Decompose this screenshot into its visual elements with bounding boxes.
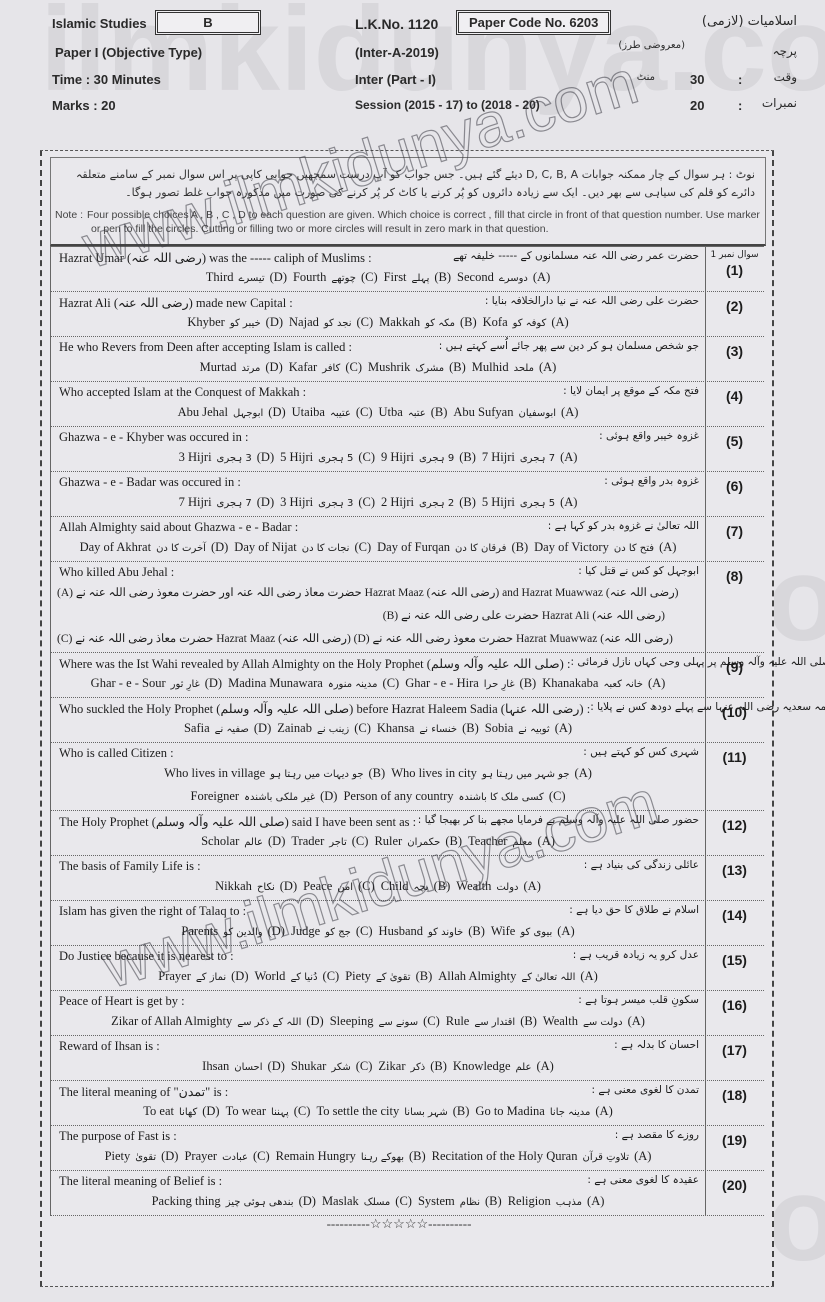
- question-number-label: (9): [705, 659, 764, 675]
- option-text-urdu: 3 ہجری: [318, 498, 353, 509]
- option[interactable]: Go to Madinaمدینہ جانا(A): [475, 1104, 612, 1119]
- option[interactable]: Who lives in villageجو دیہات میں رہتا ہو…: [164, 766, 385, 781]
- option[interactable]: Khanakabaخانہ کعبہ(A): [542, 676, 665, 691]
- option[interactable]: 5 Hijri5 ہجری(A): [482, 495, 578, 510]
- option-letter: (B): [434, 879, 451, 893]
- option-letter: (B): [468, 924, 485, 938]
- question-row: The literal meaning of Belief is :عقیدہ …: [50, 1171, 764, 1216]
- question-body: Allah Almighty said about Ghazwa - e - B…: [51, 517, 706, 561]
- option-text-urdu: ثوبیہ نے: [518, 724, 549, 735]
- option-text-english: Judge: [291, 924, 320, 938]
- question-row: Islam has given the right of Talaq to :ا…: [50, 901, 764, 946]
- option-text-english: Sleeping: [330, 1014, 374, 1028]
- option-text-english: 5 Hijri: [280, 450, 313, 464]
- question-text-english: The Holy Prophet (صلی اللہ علیہ وآلہ وسل…: [59, 814, 416, 832]
- option-text-english: Ghar - e - Hira: [405, 676, 479, 690]
- question-text-urdu: حضرت عمر رضی اللہ عنہ مسلمانوں کے ----- …: [453, 250, 699, 268]
- option-text-english: To wear: [226, 1104, 266, 1118]
- option-text-urdu: کسی ملک کا باشندہ: [459, 792, 544, 803]
- option-text-urdu: ذکر: [410, 1062, 425, 1073]
- question-line: Allah Almighty said about Ghazwa - e - B…: [51, 517, 705, 538]
- question-body: Who suckled the Holy Prophet (صلی اللہ ع…: [51, 698, 706, 742]
- option[interactable]: Madina Munawaraمدینہ منورہ(C): [228, 676, 399, 691]
- option-letter: (C): [345, 360, 362, 374]
- option[interactable]: Wealthدولت سے(A): [543, 1014, 645, 1029]
- option-text-english: Knowledge: [453, 1059, 511, 1073]
- option[interactable]: To eatکھانا(D): [143, 1104, 219, 1119]
- option[interactable]: 9 Hijri9 ہجری(B): [381, 450, 476, 465]
- question-body: The literal meaning of "تمدن" is :تمدن ک…: [51, 1081, 706, 1125]
- option[interactable]: (A) حضرت معاذ رضی اللہ عنہ اور حضرت معوذ…: [51, 583, 705, 606]
- options-line: Prayerنماز کے(D)Worldدُنیا کے(C)Pietyتقو…: [51, 967, 705, 990]
- option[interactable]: Rulerحکمران(B): [374, 834, 462, 849]
- option-letter: (C): [352, 834, 369, 848]
- options-line: Parentsوالدین کو(D)Judgeجج کو(C)Husbandخ…: [51, 922, 705, 945]
- options-line: Thirdتیسرے(D)Fourthچوتھے(C)Firstپہلے(B)S…: [51, 268, 705, 291]
- paper-code: Paper Code No. 6203: [456, 10, 611, 35]
- option-text-urdu: خانہ کعبہ: [603, 679, 643, 690]
- options-line: Pietyتقویٰ(D)Prayerعبادت(C)Remain Hungry…: [51, 1147, 705, 1170]
- option-text-urdu: بچہ: [413, 882, 428, 893]
- end-mark: ----------☆☆☆☆☆----------: [42, 1216, 756, 1232]
- option-letter: (D): [257, 450, 274, 464]
- option[interactable]: Wealthدولت(A): [456, 879, 541, 894]
- option[interactable]: Nikkahنکاح(D): [215, 879, 297, 894]
- question-line: The Holy Prophet (صلی اللہ علیہ وآلہ وسل…: [51, 811, 705, 832]
- option[interactable]: To wearپہننا(C): [226, 1104, 311, 1119]
- options-line: 7 Hijri7 ہجری(D)3 Hijri3 ہجری(C)2 Hijri2…: [51, 493, 705, 516]
- option[interactable]: Husbandخاوند کو(B): [379, 924, 485, 939]
- option-letter: (C): [383, 676, 400, 690]
- urdu-subject: اسلامیات (لازمی): [702, 14, 797, 29]
- option-text-english: Zikar: [378, 1059, 405, 1073]
- question-body: The literal meaning of Belief is :عقیدہ …: [51, 1171, 706, 1215]
- paper-header: Islamic Studies B L.K.No. 1120 Paper Cod…: [0, 0, 825, 130]
- option-text-english: 3 Hijri: [280, 495, 313, 509]
- question-text-english: Ghazwa - e - Khyber was occured in :: [59, 430, 249, 448]
- option-text-urdu: خنساء نے: [419, 724, 457, 735]
- question-number: (18): [705, 1081, 764, 1125]
- option[interactable]: Teacherمعلم(A): [468, 834, 555, 849]
- option-text-urdu: مکہ کو: [425, 318, 455, 329]
- question-body: The Holy Prophet (صلی اللہ علیہ وآلہ وسل…: [51, 811, 706, 855]
- option-letter: (B): [520, 1014, 537, 1028]
- note-english: Note :Four possible choices A , B , C , …: [91, 208, 771, 236]
- option-text-english: Zikar of Allah Almighty: [111, 1014, 232, 1028]
- option-letter: (C): [358, 450, 375, 464]
- option-letter: (A): [560, 450, 577, 464]
- option-text-urdu: تاجر: [329, 837, 347, 848]
- option-letter: (B): [485, 1194, 502, 1208]
- option-text-urdu: اقتدار سے: [474, 1017, 515, 1028]
- question-line: Hazrat Ali (رضی اللہ عنہ) made new Capit…: [51, 292, 705, 313]
- option[interactable]: Scholarعالم(D): [201, 834, 285, 849]
- option[interactable]: To settle the cityشہر بسانا(B): [316, 1104, 469, 1119]
- option-text-urdu: جو شہر میں رہتا ہو: [482, 769, 570, 780]
- option[interactable]: Childبچہ(B): [381, 879, 451, 894]
- options-line: To eatکھانا(D)To wearپہننا(C)To settle t…: [51, 1102, 705, 1125]
- option-text-urdu: علم: [516, 1062, 532, 1073]
- option-text-english: Utaiba: [292, 405, 325, 419]
- question-line: Where was the Ist Wahi revealed by Allah…: [51, 653, 705, 674]
- option[interactable]: (B) حضرت علی رضی اللہ عنہ نے Hazrat Ali …: [51, 606, 705, 629]
- question-text-english: Do Justice because it is nearest to :: [59, 949, 234, 967]
- option-letter: (D): [211, 540, 228, 554]
- option[interactable]: Traderتاجر(C): [291, 834, 368, 849]
- question-line: He who Revers from Deen after accepting …: [51, 337, 705, 358]
- option-letter: (D): [268, 405, 285, 419]
- option[interactable]: Peaceامن(C): [303, 879, 375, 894]
- option[interactable]: Utbaعتبہ(B): [379, 405, 448, 420]
- option-text-urdu: جو دیہات میں رہتا ہو: [270, 769, 363, 780]
- question-number: (12): [705, 811, 764, 855]
- urdu-marks-value: 20: [690, 98, 704, 113]
- question-number-label: (2): [705, 298, 764, 314]
- option-text-urdu: کھانا: [179, 1107, 197, 1118]
- option[interactable]: Makkahمکہ کو(B): [379, 315, 476, 330]
- option-letter: (D): [299, 1194, 316, 1208]
- option-letter: (B): [430, 1059, 447, 1073]
- question-row: Allah Almighty said about Ghazwa - e - B…: [50, 517, 764, 562]
- question-text-english: Reward of Ihsan is :: [59, 1039, 160, 1057]
- option-letter: (C): [323, 969, 340, 983]
- option[interactable]: Systemنظام(B): [418, 1194, 502, 1209]
- question-row: The purpose of Fast is :روزے کا مقصد ہے …: [50, 1126, 764, 1171]
- option[interactable]: Who lives in cityجو شہر میں رہتا ہو(A): [391, 766, 592, 781]
- option[interactable]: Remain Hungryبھوکے رہنا(B): [276, 1149, 426, 1164]
- option-letter: (C): [356, 405, 373, 419]
- option[interactable]: Abu Sufyanابوسفیان(A): [453, 405, 578, 420]
- question-sheet: نوٹ : ہر سوال کے چار ممکنہ جوابات D, C, …: [40, 150, 774, 1287]
- option[interactable]: Religionمذہب(A): [508, 1194, 605, 1209]
- question-text-english: Peace of Heart is get by :: [59, 994, 185, 1012]
- option[interactable]: Safiaصفیہ نے(D): [184, 721, 271, 736]
- option-text-urdu: والدین کو: [223, 927, 262, 938]
- option[interactable]: Recitation of the Holy Quranتلاوتِ قرآن(…: [432, 1149, 652, 1164]
- question-row: Ghazwa - e - Khyber was occured in :غزوہ…: [50, 427, 764, 472]
- option-letter: (A): [575, 766, 592, 780]
- option-text-urdu: تقویٰ کے: [376, 972, 411, 983]
- option-text-urdu: تیسرے: [239, 273, 265, 284]
- option-text-english: 5 Hijri: [482, 495, 515, 509]
- option-text-english: Allah Almighty: [438, 969, 516, 983]
- option-text-urdu: مشرک: [415, 363, 444, 374]
- option-text-english: Piety: [345, 969, 371, 983]
- option-text-english: Zainab: [277, 721, 312, 735]
- option-text-urdu: 9 ہجری: [419, 453, 454, 464]
- question-text-english: He who Revers from Deen after accepting …: [59, 340, 352, 358]
- question-number: (3): [705, 337, 764, 381]
- option-text-english: Sobia: [485, 721, 513, 735]
- option[interactable]: Day of Akhratآخرت کا دن(D): [80, 540, 229, 555]
- option[interactable]: Kofaکوفہ کو(A): [483, 315, 569, 330]
- question-text-english: The basis of Family Life is :: [59, 859, 201, 877]
- option-letter: (D): [268, 924, 285, 938]
- question-number-label: (18): [705, 1087, 764, 1103]
- options-line: Ghar - e - Sourغارِ ثور(D)Madina Munawar…: [51, 674, 705, 697]
- option-text-urdu: امن: [337, 882, 353, 893]
- option[interactable]: Khansaخنساء نے(B): [377, 721, 479, 736]
- option-text-english: 9 Hijri: [381, 450, 414, 464]
- option[interactable]: Foreignerغیر ملکی باشندہ(D): [191, 789, 338, 804]
- option-text-urdu: مسلک: [364, 1197, 391, 1208]
- option-letter: (D): [320, 789, 337, 803]
- question-number-label: (16): [705, 997, 764, 1013]
- option[interactable]: Mulhidملحد(A): [472, 360, 557, 375]
- option[interactable]: Day of Furqanفرقان کا دن(B): [377, 540, 528, 555]
- question-body: Reward of Ihsan is :احسان کا بدلہ ہے :Ih…: [51, 1036, 706, 1080]
- option-letter: (D): [306, 1014, 323, 1028]
- option-letter: (A): [595, 1104, 612, 1118]
- option-text-english: Prayer: [158, 969, 191, 983]
- option[interactable]: Pietyتقویٰ کے(B): [345, 969, 432, 984]
- question-number: (6): [705, 472, 764, 516]
- question-text-english: The purpose of Fast is :: [59, 1129, 177, 1147]
- option[interactable]: Sobiaثوبیہ نے(A): [485, 721, 572, 736]
- option-text-english: Mulhid: [472, 360, 509, 374]
- questions-table: Hazrat Umar (رضی اللہ عنہ) was the -----…: [50, 246, 764, 1216]
- option-letter: (A): [557, 924, 574, 938]
- option[interactable]: Utaibaعتیبہ(C): [292, 405, 373, 420]
- option[interactable]: Mushrikمشرک(B): [368, 360, 466, 375]
- option[interactable]: Zikar of Allah Almightyاللہ کے ذکر سے(D): [111, 1014, 324, 1029]
- question-text-urdu: حضرت علی رضی اللہ عنہ نے نیا دارالخلافہ …: [485, 295, 699, 313]
- time-allowed: Time : 30 Minutes: [52, 72, 161, 87]
- option[interactable]: 5 Hijri5 ہجری(C): [280, 450, 375, 465]
- option-text-english: Peace: [303, 879, 332, 893]
- option-text-urdu: فرقان کا دن: [455, 543, 506, 554]
- question-row: The basis of Family Life is :عائلی زندگی…: [50, 856, 764, 901]
- question-number: (15): [705, 946, 764, 990]
- question-text-urdu: حضور صلی اللہ علیہ وآلہ وسلم نے فرمایا م…: [418, 814, 699, 832]
- option-text-english: Maslak: [322, 1194, 359, 1208]
- option[interactable]: Person of any countryکسی ملک کا باشندہ(C…: [343, 789, 565, 804]
- option[interactable]: Khyberخیبر کو(D): [187, 315, 283, 330]
- question-number-label: (19): [705, 1132, 764, 1148]
- option-text-english: Go to Madina: [475, 1104, 544, 1118]
- options-line: Scholarعالم(D)Traderتاجر(C)Rulerحکمران(B…: [51, 832, 705, 855]
- question-body: Hazrat Ali (رضی اللہ عنہ) made new Capit…: [51, 292, 706, 336]
- option[interactable]: Ghar - e - Hiraغارِ حرا(B): [405, 676, 536, 691]
- option-letter: (B): [462, 721, 479, 735]
- option-text-urdu: اللہ کے ذکر سے: [237, 1017, 301, 1028]
- option[interactable]: Judgeجج کو(C): [291, 924, 373, 939]
- question-number-label: (3): [705, 343, 764, 359]
- option[interactable]: Zikarذکر(B): [378, 1059, 446, 1074]
- option-letter: (D): [280, 879, 297, 893]
- option-text-english: Khyber: [187, 315, 225, 329]
- option-text-english: Khansa: [377, 721, 415, 735]
- options-line: Safiaصفیہ نے(D)Zainabزینب نے(C)Khansaخنس…: [51, 719, 705, 742]
- question-number-label: (8): [705, 568, 764, 584]
- question-line: The literal meaning of "تمدن" is :تمدن ک…: [51, 1081, 705, 1102]
- question-line: Who killed Abu Jehal :ابوجہل کو کس نے قت…: [51, 562, 705, 583]
- option-text-english: Murtad: [200, 360, 237, 374]
- question-number: (20): [705, 1171, 764, 1215]
- option[interactable]: Firstپہلے(B): [384, 270, 451, 285]
- question-text-urdu: فتح مکہ کے موقع پر ایمان لایا :: [563, 385, 699, 403]
- option-letter: (B): [459, 495, 476, 509]
- option[interactable]: Day of Nijatنجات کا دن(C): [234, 540, 371, 555]
- option-letter: (D): [254, 721, 271, 735]
- exam-code: (Inter-A-2019): [355, 45, 439, 60]
- option-letter: (C): [395, 1194, 412, 1208]
- question-row: Hazrat Ali (رضی اللہ عنہ) made new Capit…: [50, 292, 764, 337]
- option[interactable]: Ruleاقتدار سے(B): [446, 1014, 537, 1029]
- option[interactable]: Maslakمسلک(C): [322, 1194, 412, 1209]
- option[interactable]: (C) حضرت معاذ رضی اللہ عنہ نے Hazrat Maa…: [51, 629, 705, 652]
- option[interactable]: Parentsوالدین کو(D): [181, 924, 285, 939]
- option-text-urdu: ابوجہل: [233, 408, 263, 419]
- option-letter: (C): [354, 540, 371, 554]
- question-number: (17): [705, 1036, 764, 1080]
- option-letter: (C): [356, 924, 373, 938]
- option-letter: (A): [524, 879, 541, 893]
- instructions-note: نوٹ : ہر سوال کے چار ممکنہ جوابات D, C, …: [50, 157, 766, 246]
- option-letter: (D): [202, 1104, 219, 1118]
- option-text-urdu: نجد کو: [324, 318, 352, 329]
- option-text-urdu: مذہب: [556, 1197, 582, 1208]
- option-letter: (A): [536, 1059, 553, 1073]
- question-text-urdu: عقیدہ کا لغوی معنی ہے :: [587, 1174, 699, 1192]
- question-number-label: (7): [705, 523, 764, 539]
- question-row: Where was the Ist Wahi revealed by Allah…: [50, 653, 764, 698]
- option[interactable]: Kafarکافر(C): [289, 360, 362, 375]
- question-text-english: Hazrat Umar (رضی اللہ عنہ) was the -----…: [59, 250, 372, 268]
- options-line: 3 Hijri3 ہجری(D)5 Hijri5 ہجری(C)9 Hijri9…: [51, 448, 705, 471]
- option-letter: (C): [423, 1014, 440, 1028]
- option-text-english: Utba: [379, 405, 403, 419]
- option[interactable]: Sleepingسونے سے(C): [330, 1014, 440, 1029]
- question-number-label: (20): [705, 1177, 764, 1193]
- option[interactable]: Abu Jehalابوجہل(D): [178, 405, 286, 420]
- option[interactable]: 3 Hijri3 ہجری(D): [179, 450, 275, 465]
- question-number: (2): [705, 292, 764, 336]
- option[interactable]: Zainabزینب نے(C): [277, 721, 371, 736]
- option-letter: (B): [453, 1104, 470, 1118]
- option-text-urdu: بھوکے رہنا: [361, 1152, 404, 1163]
- question-text-urdu: اسلام نے طلاق کا حق دیا ہے :: [569, 904, 699, 922]
- option-text-urdu: کافر: [322, 363, 340, 374]
- option[interactable]: Packing thingبندھی ہوئی چیز(D): [152, 1194, 316, 1209]
- options-line: Day of Akhratآخرت کا دن(D)Day of Nijatنج…: [51, 538, 705, 561]
- option[interactable]: Day of Victoryفتح کا دن(A): [534, 540, 676, 555]
- question-text-english: Ghazwa - e - Badar was occured in :: [59, 475, 241, 493]
- option-letter: (B): [416, 969, 433, 983]
- option-text-english: Wealth: [456, 879, 491, 893]
- class-level: Inter (Part - I): [355, 72, 436, 87]
- option[interactable]: Najadنجد کو(C): [289, 315, 373, 330]
- option[interactable]: 2 Hijri2 ہجری(B): [381, 495, 476, 510]
- option-text-english: Who lives in city: [391, 766, 477, 780]
- option-text-english: Child: [381, 879, 409, 893]
- option-text-urdu: زینب نے: [317, 724, 349, 735]
- option-text-english: Who lives in village: [164, 766, 265, 780]
- option[interactable]: Murtadمرتد(D): [200, 360, 283, 375]
- question-text-english: Allah Almighty said about Ghazwa - e - B…: [59, 520, 298, 538]
- option-text-urdu: 5 ہجری: [318, 453, 353, 464]
- question-row: Ghazwa - e - Badar was occured in :غزوہ …: [50, 472, 764, 517]
- option[interactable]: Allah Almightyاللہ تعالیٰ کے(A): [438, 969, 598, 984]
- option[interactable]: Prayerعبادت(C): [184, 1149, 269, 1164]
- option[interactable]: Shukarشکر(C): [291, 1059, 373, 1074]
- option-letter: (A): [555, 721, 572, 735]
- option-text-urdu: معلم: [512, 837, 532, 848]
- option-text-urdu: سونے سے: [378, 1017, 418, 1028]
- total-marks: Marks : 20: [52, 98, 116, 113]
- option-letter: (C): [354, 721, 371, 735]
- option-text-english: Mushrik: [368, 360, 410, 374]
- option-text-english: 7 Hijri: [179, 495, 212, 509]
- question-text-english: Islam has given the right of Talaq to :: [59, 904, 246, 922]
- option[interactable]: Fourthچوتھے(C): [293, 270, 378, 285]
- option-text-urdu: حکمران: [407, 837, 440, 848]
- question-text-urdu: روزے کا مقصد ہے :: [615, 1129, 699, 1147]
- option-text-english: System: [418, 1194, 455, 1208]
- option-text-english: Recitation of the Holy Quran: [432, 1149, 578, 1163]
- option[interactable]: Prayerنماز کے(D): [158, 969, 248, 984]
- option-text-urdu: دُنیا کے: [290, 972, 317, 983]
- question-row: Reward of Ihsan is :احسان کا بدلہ ہے :Ih…: [50, 1036, 764, 1081]
- option-letter: (A): [587, 1194, 604, 1208]
- question-line: Who accepted Islam at the Conquest of Ma…: [51, 382, 705, 403]
- question-body: Who is called Citizen :شہری کس کو کہتے ہ…: [51, 743, 706, 810]
- note-text: Four possible choices A , B , C , D to e…: [87, 209, 760, 235]
- option[interactable]: Pietyتقویٰ(D): [105, 1149, 179, 1164]
- option[interactable]: Knowledgeعلم(A): [453, 1059, 554, 1074]
- option[interactable]: Thirdتیسرے(D): [206, 270, 287, 285]
- option-text-urdu: عتبہ: [408, 408, 426, 419]
- question-body: Islam has given the right of Talaq to :ا…: [51, 901, 706, 945]
- option[interactable]: 7 Hijri7 ہجری(D): [179, 495, 275, 510]
- option[interactable]: Worldدُنیا کے(C): [255, 969, 340, 984]
- option-letter: (B): [511, 540, 528, 554]
- option-letter: (A): [659, 540, 676, 554]
- question-number-label: (12): [705, 817, 764, 833]
- option-text-urdu: نکاح: [257, 882, 275, 893]
- option-text-english: To eat: [143, 1104, 174, 1118]
- option[interactable]: Wifeبیوی کو(A): [491, 924, 575, 939]
- option-text-urdu: غارِ ثور: [171, 679, 200, 690]
- option-text-urdu: غیر ملکی باشندہ: [244, 792, 315, 803]
- question-row: Who killed Abu Jehal :ابوجہل کو کس نے قت…: [50, 562, 764, 653]
- option[interactable]: Ihsanاحسان(D): [202, 1059, 285, 1074]
- option-text-english: Piety: [105, 1149, 131, 1163]
- option-letter: (B): [460, 315, 477, 329]
- option[interactable]: 3 Hijri3 ہجری(C): [280, 495, 375, 510]
- question-body: Ghazwa - e - Badar was occured in :غزوہ …: [51, 472, 706, 516]
- option-text-english: Religion: [508, 1194, 551, 1208]
- option[interactable]: 7 Hijri7 ہجری(A): [482, 450, 578, 465]
- option-text-english: Abu Jehal: [178, 405, 228, 419]
- option[interactable]: Ghar - e - Sourغارِ ثور(D): [91, 676, 222, 691]
- question-row: Do Justice because it is nearest to :عدل…: [50, 946, 764, 991]
- question-number: (9): [705, 653, 764, 697]
- option-text-urdu: 2 ہجری: [419, 498, 454, 509]
- question-text-urdu: اللہ تعالیٰ نے حضور صلی اللہ علیہ وآلہ و…: [570, 656, 825, 674]
- option-text-english: Safia: [184, 721, 210, 735]
- option-text-english: 7 Hijri: [482, 450, 515, 464]
- question-line: Reward of Ihsan is :احسان کا بدلہ ہے :: [51, 1036, 705, 1057]
- option[interactable]: Secondدوسرے(A): [457, 270, 550, 285]
- question-line: Do Justice because it is nearest to :عدل…: [51, 946, 705, 967]
- question-number-label: (5): [705, 433, 764, 449]
- option-text-english: 3 Hijri: [179, 450, 212, 464]
- question-text-english: Who killed Abu Jehal :: [59, 565, 174, 583]
- question-row: Who is called Citizen :شہری کس کو کہتے ہ…: [50, 743, 764, 811]
- option-text-urdu: اللہ تعالیٰ کے: [521, 972, 575, 983]
- question-body: Ghazwa - e - Khyber was occured in :غزوہ…: [51, 427, 706, 471]
